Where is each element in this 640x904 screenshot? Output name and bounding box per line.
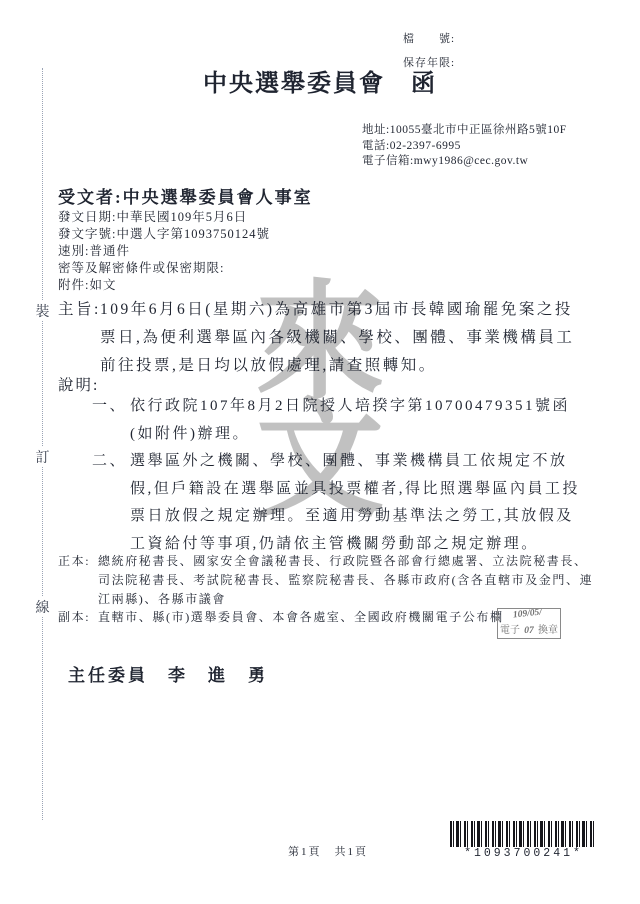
explanation-items: 一、 依行政院107年8月2日院授人培揆字第10700479351號函(如附件)…	[92, 393, 589, 558]
subject-label: 主旨:	[58, 296, 100, 324]
item-1-number: 一、	[92, 393, 130, 421]
stamp-date-top: 109/05/	[513, 608, 543, 620]
explanation-item-2: 二、 選舉區外之機關、學校、團體、事業機構員工依規定不放假,但戶籍設在選舉區並具…	[92, 448, 589, 558]
item-1-text: 依行政院107年8月2日院授人培揆字第10700479351號函(如附件)辦理。	[130, 393, 589, 448]
explanation-label: 說明:	[58, 373, 99, 395]
binding-mark-zhuang: 裝	[34, 301, 51, 321]
binding-mark-ding: 訂	[34, 447, 51, 467]
electronic-exchange-stamp: 109/05/ 電子 07 換章	[497, 608, 561, 639]
official-letter-page: 來 文 裝 訂 線 檔 號: 保存年限: 中央選舉委員會 函 地址:10055臺…	[0, 0, 640, 904]
document-barcode	[450, 821, 597, 847]
stamp-text-right: 換章	[538, 621, 558, 636]
original-recipients-row: 正本: 總統府秘書長、國家安全會議秘書長、行政院暨各部會行總處署、立法院秘書長、…	[58, 552, 600, 608]
original-label: 正本:	[58, 552, 98, 571]
contact-address: 地址:10055臺北市中正區徐州路5號10F	[362, 123, 567, 139]
item-2-number: 二、	[92, 448, 130, 476]
speed-class-line: 速別:普通件	[58, 243, 270, 260]
subject-text: 109年6月6日(星期六)為高雄市第3屆市長韓國瑜罷免案之投票日,為便利選舉區內…	[100, 296, 588, 380]
stamp-bottom-row: 電子 07 換章	[500, 621, 558, 636]
copy-label: 副本:	[58, 608, 98, 627]
barcode-number: *1093700241*	[446, 847, 601, 860]
binding-dotted-line	[42, 68, 43, 820]
issue-date-line: 發文日期:中華民國109年5月6日	[58, 209, 270, 226]
page-number-info: 第1頁 共1頁	[288, 843, 368, 859]
item-2-text: 選舉區外之機關、學校、團體、事業機構員工依規定不放假,但戶籍設在選舉區並具投票權…	[130, 448, 589, 558]
original-recipients: 總統府秘書長、國家安全會議秘書長、行政院暨各部會行總處署、立法院秘書長、司法院秘…	[98, 552, 600, 608]
explanation-item-1: 一、 依行政院107年8月2日院授人培揆字第10700479351號函(如附件)…	[92, 393, 589, 448]
attachment-line: 附件:如文	[58, 277, 270, 294]
issue-number-line: 發文字號:中選人字第1093750124號	[58, 226, 270, 243]
binding-mark-xian: 線	[34, 597, 51, 617]
stamp-date-bottom: 07	[524, 626, 534, 636]
recipient-line: 受文者:中央選舉委員會人事室	[58, 183, 313, 208]
subject-paragraph: 主旨: 109年6月6日(星期六)為高雄市第3屆市長韓國瑜罷免案之投票日,為便利…	[58, 296, 588, 380]
document-meta: 發文日期:中華民國109年5月6日 發文字號:中選人字第1093750124號 …	[58, 209, 270, 294]
security-class-line: 密等及解密條件或保密期限:	[58, 260, 270, 277]
contact-phone: 電話:02-2397-6995	[362, 139, 567, 155]
file-number-label: 檔 號:	[403, 27, 455, 51]
document-title: 中央選舉委員會 函	[0, 63, 640, 98]
contact-email: 電子信箱:mwy1986@cec.gov.tw	[362, 154, 567, 170]
stamp-text-left: 電子	[500, 621, 520, 636]
chairman-signature: 主任委員 李 進 勇	[68, 661, 268, 686]
contact-block: 地址:10055臺北市中正區徐州路5號10F 電話:02-2397-6995 電…	[362, 123, 567, 170]
